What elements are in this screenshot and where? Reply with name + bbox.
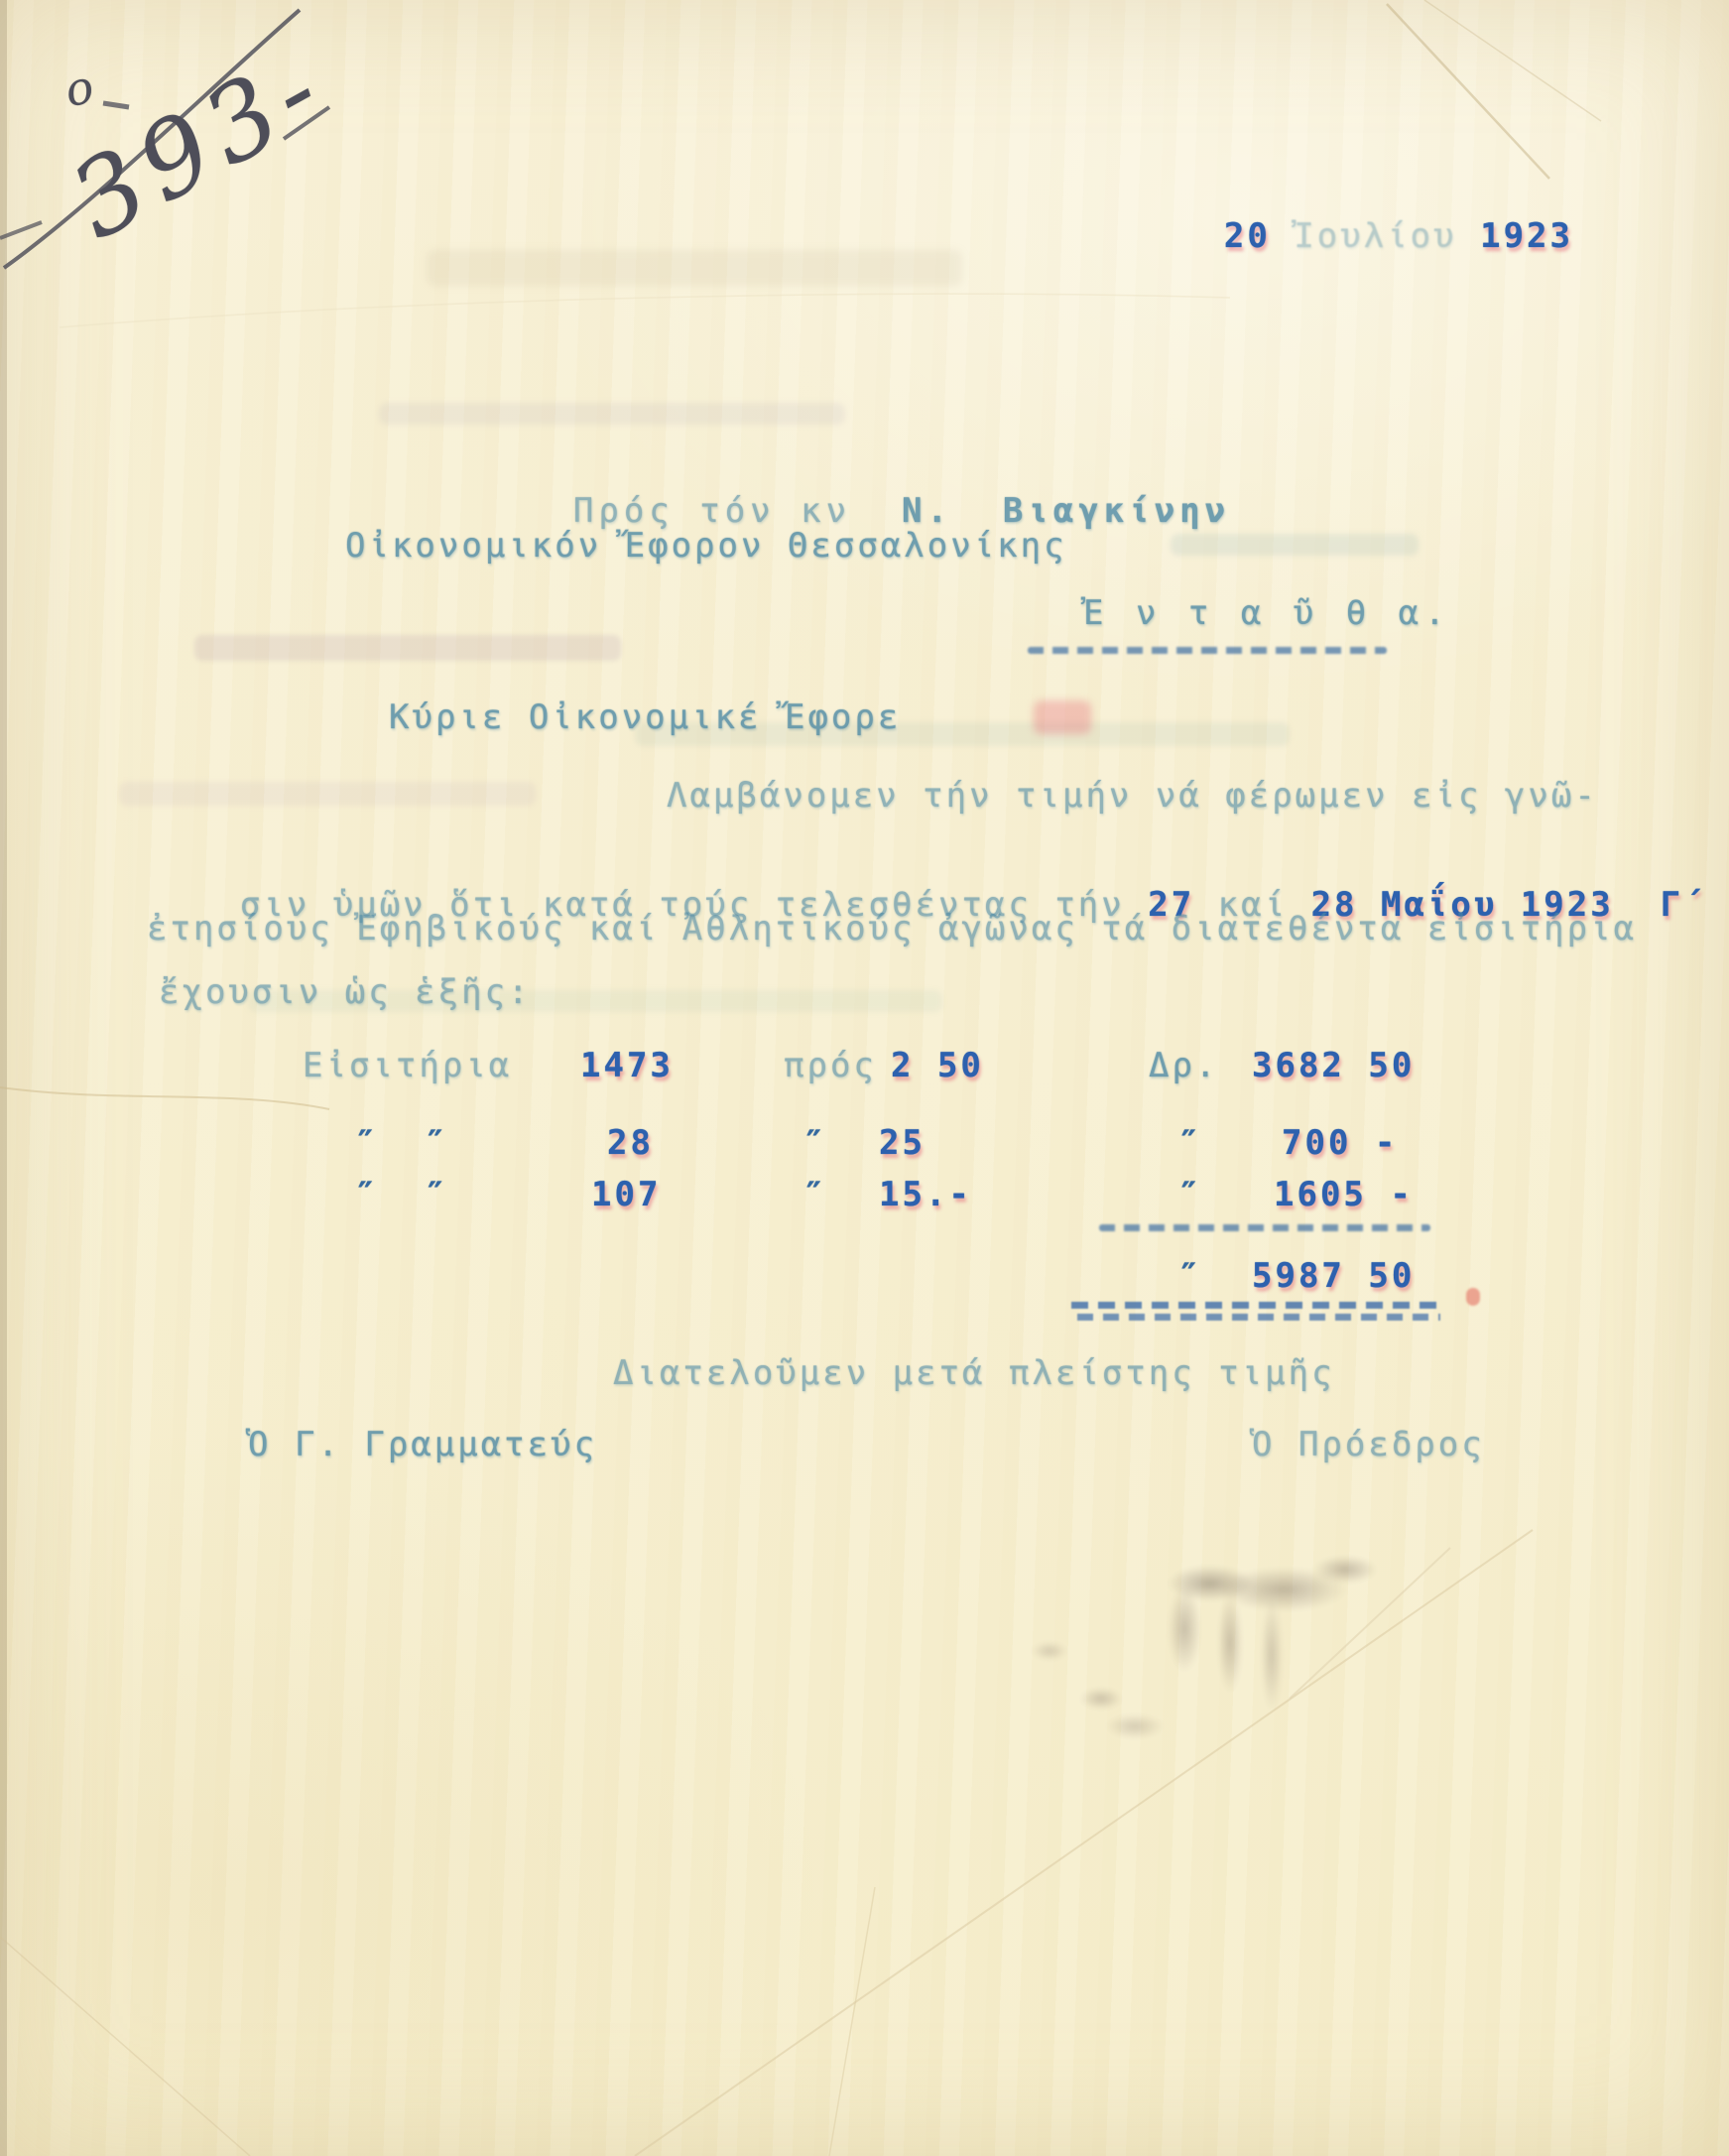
subtotal-underline	[1099, 1224, 1430, 1231]
row-label: ″ ″	[355, 1123, 448, 1163]
recipient-line-2: Οἰκονομικόν Ἔφορον Θεσσαλονίκης	[345, 526, 1067, 566]
recipient-location: Ἐ ν τ α ῦ θ α.	[1083, 593, 1451, 633]
row-label: Εἰσιτήρια	[303, 1046, 512, 1085]
recipient-name: Ν. Βιαγκίνην	[902, 491, 1230, 531]
total-amount: 5987 50	[1252, 1256, 1415, 1296]
date-line: 20 Ἰουλίου 1923	[1131, 177, 1573, 296]
row-price: 15.-	[879, 1175, 972, 1214]
row-price: 2 50	[891, 1046, 984, 1085]
row-currency: ″	[1178, 1123, 1201, 1163]
date-month: Ἰουλίου	[1294, 216, 1456, 256]
date-day: 20	[1224, 216, 1271, 256]
row-quantity: 1473	[580, 1046, 674, 1085]
bleed-through-smudge	[379, 403, 845, 425]
salutation: Κύριε Οἰκονομικέ Ἔφορε	[389, 698, 901, 737]
row-amount: 700 -	[1282, 1123, 1398, 1163]
row-price: 25	[879, 1123, 926, 1163]
row-amount: 3682 50	[1252, 1046, 1415, 1085]
total-currency: ″	[1178, 1256, 1201, 1296]
date-year: 1923	[1480, 216, 1573, 256]
row-quantity: 28	[607, 1123, 654, 1163]
ink-stain	[980, 1532, 1436, 1770]
handwritten-letter: ο	[61, 60, 98, 118]
row-amount: 1605 -	[1274, 1175, 1414, 1214]
row-at: ″	[803, 1123, 826, 1163]
red-ink-speck	[1466, 1288, 1480, 1306]
recipient-pre: Πρός τόν κν	[573, 491, 851, 531]
row-at: πρός	[784, 1046, 877, 1085]
bleed-through-smudge	[119, 782, 536, 806]
signature-secretary: Ὁ Γ. Γραμματεύς	[248, 1425, 597, 1464]
row-quantity: 107	[591, 1175, 661, 1214]
bleed-through-smudge	[194, 635, 621, 661]
body-games-numeral: Γ΄	[1661, 885, 1707, 925]
closing-line: Διατελοῦμεν μετά πλείστης τιμῆς	[613, 1353, 1335, 1393]
row-label: ″ ″	[355, 1175, 448, 1214]
letter-page: ο 393- 20 Ἰουλίου 1923 Πρός τόν κν Ν. Βι…	[0, 0, 1729, 2156]
bleed-through-smudge	[427, 250, 962, 286]
body-line-1: Λαμβάνομεν τήν τιμήν νά φέρωμεν εἰς γνῶ-	[667, 776, 1598, 816]
row-at: ″	[803, 1175, 826, 1214]
location-underline	[1028, 647, 1387, 654]
body-line-4: ἔχουσιν ὡς ἑξῆς:	[159, 972, 532, 1012]
body-line-3: ἐτησίους Ἐφηβικούς καί Ἀθλητικούς ἀγῶνας…	[147, 909, 1637, 949]
handwritten-number: 393-	[52, 25, 347, 262]
signature-president: Ὁ Πρόεδρος	[1252, 1425, 1485, 1464]
total-double-underline	[1071, 1302, 1440, 1321]
row-currency: Δρ.	[1149, 1046, 1218, 1085]
red-ink-smudge	[1034, 700, 1091, 734]
row-currency: ″	[1178, 1175, 1201, 1214]
